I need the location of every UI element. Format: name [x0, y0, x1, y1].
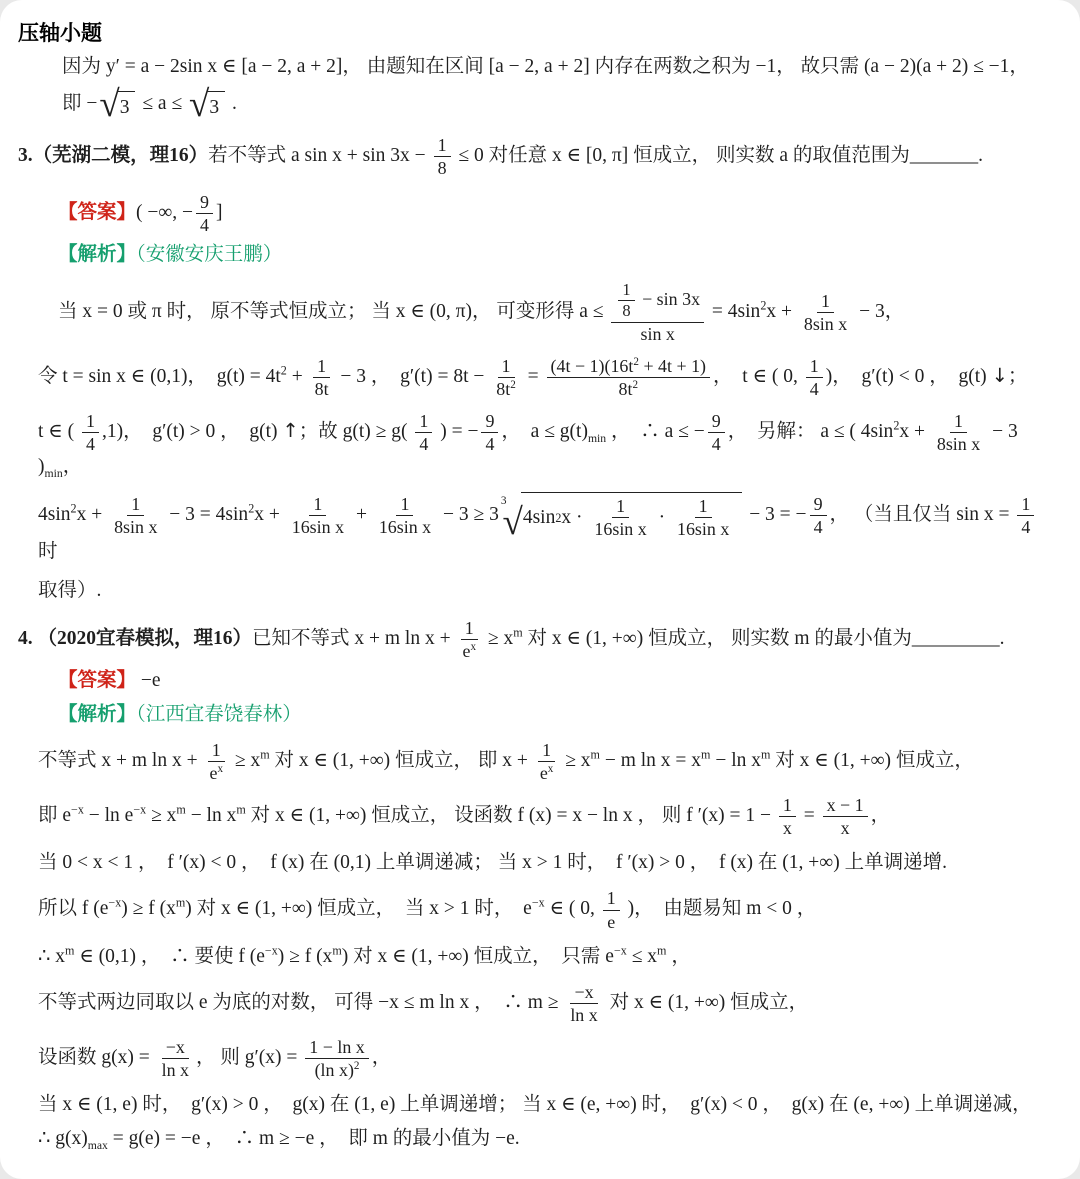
fraction: −xln x	[566, 982, 601, 1025]
fraction: x − 1x	[823, 795, 868, 838]
fraction: 1x	[779, 795, 796, 838]
fraction: 94	[810, 494, 827, 537]
fraction: 18t	[311, 356, 333, 399]
fraction: 1ex	[205, 740, 227, 783]
q3-sol-line1: 当 x = 0 或 π 时， 原不等式恒成立； 当 x ∈ (0, π)， 可变…	[58, 281, 1058, 344]
fraction: 18sin x	[800, 291, 851, 334]
fraction: 116sin x	[288, 494, 348, 537]
q4-sol-line9: ∴ g(x)max = g(e) = −e ， ∴ m ≥ −e ， 即 m 的…	[38, 1126, 1058, 1152]
q4-sol-line6: 不等式两边同取以 e 为底的对数， 可得 −x ≤ m ln x ， ∴ m ≥…	[38, 982, 1058, 1025]
fraction: 18	[434, 135, 451, 178]
fraction: 14	[1017, 494, 1034, 537]
fraction: (4t − 1)(16t2 + 4t + 1)8t2	[547, 356, 711, 399]
analysis-3: 【解析】（安徽安庆王鹏）	[58, 242, 1058, 268]
q4-sol-line3: 当 0 < x < 1 ， f ′(x) < 0 ， f (x) 在 (0,1)…	[38, 850, 1058, 876]
fraction: 18sin x	[933, 411, 984, 454]
q3-sol-line2: 令 t = sin x ∈ (0,1)， g(t) = 4t2 + 18t − …	[38, 356, 1058, 399]
document-body: 压轴小题因为 y′ = a − 2sin x ∈ [a − 2, a + 2]，…	[18, 19, 1058, 1152]
radical: 3√4sin2x · 116sin x · 116sin x	[501, 492, 742, 539]
q4-sol-line2: 即 e−x − ln e−x ≥ xm − ln xm 对 x ∈ (1, +∞…	[38, 795, 1058, 838]
fraction: −xln x	[158, 1037, 193, 1080]
radical: √3	[189, 88, 225, 121]
section-heading: 压轴小题	[18, 19, 1058, 47]
q4-sol-line7: 设函数 g(x) = −xln x， 则 g′(x) = 1 − ln x(ln…	[38, 1037, 1058, 1080]
fraction: 116sin x	[590, 496, 650, 539]
q3-sol-line3: t ∈ ( 14,1)， g′(t) > 0 ， g(t) ↑；故 g(t) ≥…	[38, 411, 1058, 480]
answer-4: 【答案】 −e	[58, 668, 1058, 694]
question-3: 3.（芜湖二模，理16）若不等式 a sin x + sin 3x − 18 ≤…	[18, 135, 1058, 178]
q3-sol-line4: 4sin2x + 18sin x − 3 = 4sin2x + 116sin x…	[38, 492, 1058, 565]
q4-sol-line5: ∴ xm ∈ (0,1) ， ∴ 要使 f (e−x) ≥ f (xm) 对 x…	[38, 944, 1058, 970]
fraction: 14	[82, 411, 99, 454]
q4-sol-line1: 不等式 x + m ln x + 1ex ≥ xm 对 x ∈ (1, +∞) …	[38, 740, 1058, 783]
solution2-line2: 即 −√3 ≤ a ≤ √3 .	[62, 88, 1058, 121]
fraction: 1e	[603, 888, 620, 931]
fraction: 1ex	[536, 740, 558, 783]
q3-sol-line5: 取得）.	[38, 578, 1058, 604]
q4-sol-line4: 所以 f (e−x) ≥ f (xm) 对 x ∈ (1, +∞) 恒成立， 当…	[38, 888, 1058, 931]
fraction: 14	[415, 411, 432, 454]
fraction: 1ex	[458, 618, 480, 661]
fraction: 116sin x	[673, 496, 733, 539]
fraction: 1 − ln x(ln x)2	[305, 1037, 368, 1080]
fraction: 14	[806, 356, 823, 399]
radical: √3	[99, 88, 135, 121]
fraction: 18 − sin 3xsin x	[611, 281, 704, 344]
question-4: 4. （2020宜春模拟，理16）已知不等式 x + m ln x + 1ex …	[18, 618, 1058, 661]
answer-3: 【答案】( −∞, −94]	[58, 192, 1058, 235]
fraction: 18t2	[492, 356, 520, 399]
fraction: 18sin x	[110, 494, 161, 537]
fraction: 94	[196, 192, 213, 235]
fraction: 94	[481, 411, 498, 454]
fraction: 94	[708, 411, 725, 454]
solution2-line1: 因为 y′ = a − 2sin x ∈ [a − 2, a + 2]， 由题知…	[62, 54, 1058, 80]
document-page: 压轴小题因为 y′ = a − 2sin x ∈ [a − 2, a + 2]，…	[0, 0, 1080, 1179]
fraction: 116sin x	[375, 494, 435, 537]
fraction: 18	[618, 281, 634, 321]
analysis-4: 【解析】（江西宜春饶春林）	[58, 702, 1058, 728]
q4-sol-line8: 当 x ∈ (1, e) 时， g′(x) > 0 ， g(x) 在 (1, e…	[38, 1092, 1058, 1118]
